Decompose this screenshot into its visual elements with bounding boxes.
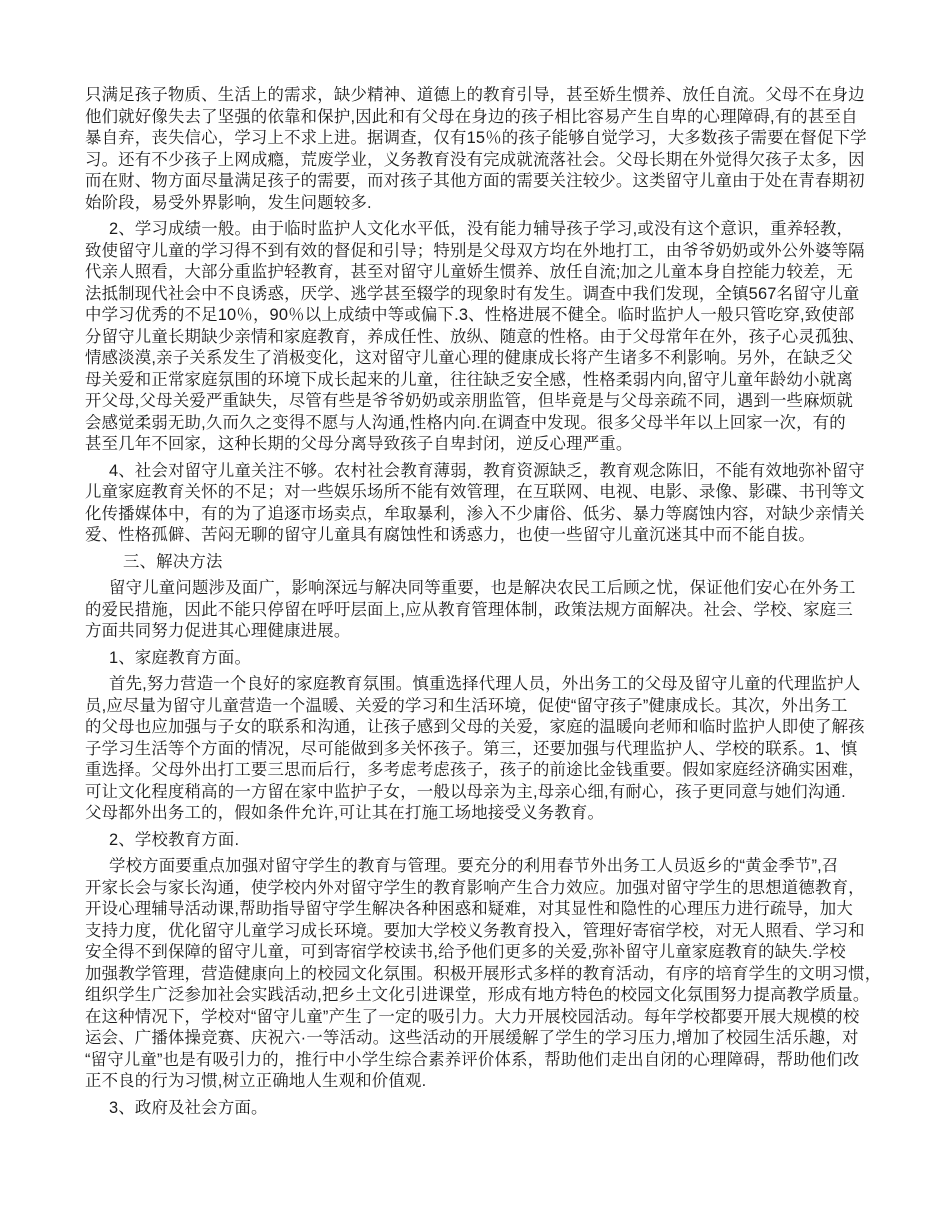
- text-line: 习。还有不少孩子上网成瘾，荒废学业，义务教育没有完成就流落社会。父母长期在外觉得…: [85, 150, 869, 172]
- text-line: 分留守儿童长期缺少亲情和家庭教育，养成任性、放纵、随意的性格。由于父母常年在外，…: [85, 327, 869, 349]
- text-line: 安全得不到保障的留守儿童，可到寄宿学校读书,给予他们更多的关爱,弥补留守儿童家庭…: [85, 942, 869, 964]
- text-line: 情感淡漠,亲子关系发生了消极变化，这对留守儿童心理的健康成长将产生诸多不利影响。…: [85, 348, 869, 370]
- text-line: 员,应尽量为留守儿童营造一个温暖、关爱的学习和生活环境，促使“留守孩子”健康成长…: [85, 696, 869, 718]
- text-line: 开设心理辅导活动课,帮助指导留守学生解决各种困惑和疑难，对其显性和隐性的心理压力…: [85, 899, 869, 921]
- text-line: 正不良的行为习惯,树立正确地人生观和价值观.: [85, 1071, 869, 1093]
- text-line: 2、学校教育方面.: [85, 830, 869, 852]
- text-line: “留守儿童”也是有吸引力的，推行中小学生综合素养评价体系，帮助他们走出自闭的心理…: [85, 1050, 869, 1072]
- text-line: 开父母,父母关爱严重缺失，尽管有些是爷爷奶奶或亲朋监管，但毕竟是与父母亲疏不同，…: [85, 391, 869, 413]
- text-line: 开家长会与家长沟通，使学校内外对留守学生的教育影响产生合力效应。加强对留守学生的…: [85, 878, 869, 900]
- text-line: 三、解决方法: [85, 552, 869, 574]
- text-line: 父母都外出务工的，假如条件允许,可让其在打施工场地接受义务教育。: [85, 803, 869, 825]
- text-line: 始阶段，易受外界影响，发生问题较多.: [85, 193, 869, 215]
- text-line: 可让文化程度稍高的一方留在家中监护子女，一般以母亲为主,母亲心细,有耐心，孩子更…: [85, 782, 869, 804]
- text-line: 爱、性格孤僻、苦闷无聊的留守儿童具有腐蚀性和诱惑力，也使一些留守儿童沉迷其中而不…: [85, 525, 869, 547]
- document-body: 只满足孩子物质、生活上的需求，缺少精神、道德上的教育引导，甚至娇生惯养、放任自流…: [85, 85, 869, 1119]
- text-line: 子学习生活等个方面的情况，尽可能做到多关怀孩子。第三，还要加强与代理监护人、学校…: [85, 739, 869, 761]
- text-line: 化传播媒体中，有的为了追逐市场卖点，牟取暴利，渗入不少庸俗、低劣、暴力等腐蚀内容…: [85, 504, 869, 526]
- text-line: 运会、广播体操竞赛、庆祝六·一等活动。这些活动的开展缓解了学生的学习压力,增加了…: [85, 1028, 869, 1050]
- text-line: 暴自弃，丧失信心，学习上不求上进。据调查，仅有15％的孩子能够自觉学习，大多数孩…: [85, 128, 869, 150]
- text-line: 他们就好像失去了坚强的依靠和保护,因此和有父母在身边的孩子相比容易产生自卑的心理…: [85, 107, 869, 129]
- text-line: 的父母也应加强与子女的联系和沟通，让孩子感到父母的关爱，家庭的温暖向老师和临时监…: [85, 717, 869, 739]
- text-line: 加强教学管理，营造健康向上的校园文化氛围。积极开展形式多样的教育活动，有序的培育…: [85, 964, 869, 986]
- text-line: 首先,努力营造一个良好的家庭教育氛围。慎重选择代理人员，外出务工的父母及留守儿童…: [85, 674, 869, 696]
- text-line: 学校方面要重点加强对留守学生的教育与管理。要充分的利用春节外出务工人员返乡的“黄…: [85, 856, 869, 878]
- text-line: 留守儿童问题涉及面广，影响深远与解决同等重要，也是解决农民工后顾之忧，保证他们安…: [85, 578, 869, 600]
- text-line: 4、社会对留守儿童关注不够。农村社会教育薄弱，教育资源缺乏，教育观念陈旧，不能有…: [85, 461, 869, 483]
- text-line: 只满足孩子物质、生活上的需求，缺少精神、道德上的教育引导，甚至娇生惯养、放任自流…: [85, 85, 869, 107]
- text-line: 重选择。父母外出打工要三思而后行，多考虑考虑孩子，孩子的前途比金钱重要。假如家庭…: [85, 760, 869, 782]
- text-line: 组织学生广泛参加社会实践活动,把乡土文化引进课堂，形成有地方特色的校园文化氛围努…: [85, 985, 869, 1007]
- text-line: 致使留守儿童的学习得不到有效的督促和引导；特别是父母双方均在外地打工，由爷爷奶奶…: [85, 241, 869, 263]
- text-line: 母关爱和正常家庭氛围的环境下成长起来的儿童，往往缺乏安全感，性格柔弱内向,留守儿…: [85, 370, 869, 392]
- text-line: 法抵制现代社会中不良诱惑，厌学、逃学甚至辍学的现象时有发生。调查中我们发现，全镇…: [85, 284, 869, 306]
- text-line: 而在财、物方面尽量满足孩子的需要，而对孩子其他方面的需要关注较少。这类留守儿童由…: [85, 171, 869, 193]
- text-line: 在这种情况下，学校对“留守儿童”产生了一定的吸引力。大力开展校园活动。每年学校都…: [85, 1007, 869, 1029]
- text-line: 支持力度，优化留守儿童学习成长环境。要加大学校义务教育投入，管理好寄宿学校，对无…: [85, 921, 869, 943]
- text-line: 会感觉柔弱无助,久而久之变得不愿与人沟通,性格内向.在调查中发现。很多父母半年以…: [85, 413, 869, 435]
- text-line: 儿童家庭教育关怀的不足；对一些娱乐场所不能有效管理，在互联网、电视、电影、录像、…: [85, 482, 869, 504]
- text-line: 3、政府及社会方面。: [85, 1098, 869, 1120]
- text-line: 1、家庭教育方面。: [85, 648, 869, 670]
- document-page: 只满足孩子物质、生活上的需求，缺少精神、道德上的教育引导，甚至娇生惯养、放任自流…: [0, 0, 950, 1230]
- text-line: 的爱民措施，因此不能只停留在呼吁层面上,应从教育管理体制，政策法规方面解决。社会…: [85, 600, 869, 622]
- text-line: 方面共同努力促进其心理健康进展。: [85, 621, 869, 643]
- text-line: 甚至几年不回家，这种长期的父母分离导致孩子自卑封闭，逆反心理严重。: [85, 434, 869, 456]
- text-line: 2、学习成绩一般。由于临时监护人文化水平低，没有能力辅导孩子学习,或没有这个意识…: [85, 219, 869, 241]
- text-line: 代亲人照看，大部分重监护轻教育，甚至对留守儿童娇生惯养、放任自流;加之儿童本身自…: [85, 262, 869, 284]
- text-line: 中学习优秀的不足10％，90％以上成绩中等或偏下.3、性格进展不健全。临时监护人…: [85, 305, 869, 327]
